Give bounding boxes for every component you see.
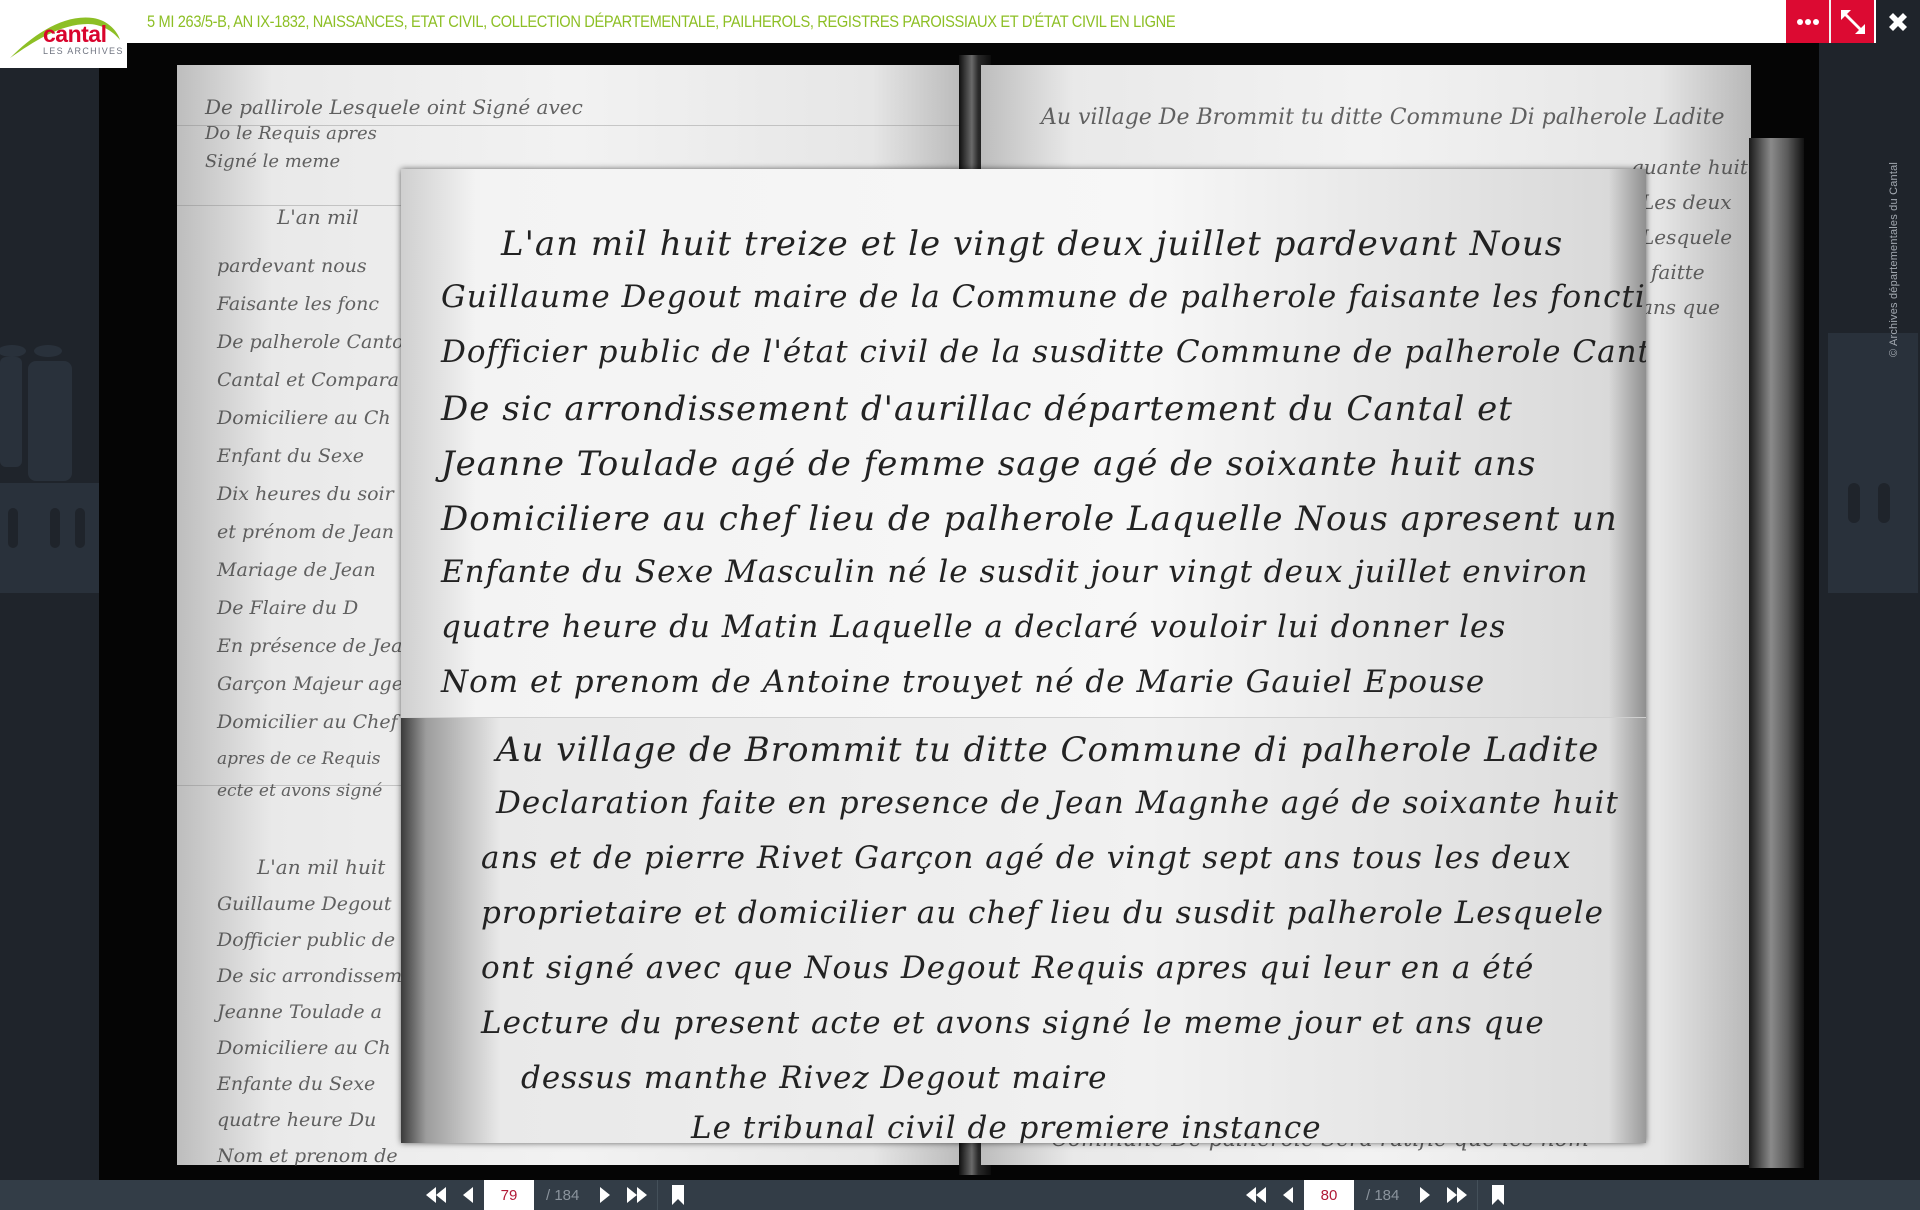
left-page-line: Jeanne Toulade a — [217, 1001, 382, 1023]
magnified-signatures: dessus manthe Rivez Degout maire — [521, 1060, 1107, 1096]
right-page-line: quante huit — [1631, 155, 1748, 179]
left-page-line: Guillaume Degout — [217, 893, 391, 915]
left-page-line: Nom et prenom de — [217, 1145, 398, 1167]
previous-page-button-left[interactable] — [452, 1180, 484, 1210]
page-number-input-right[interactable]: 80 — [1304, 1180, 1354, 1210]
left-page-line: De pallirole Lesquele oint Signé avec — [205, 95, 583, 119]
expand-arrows-icon — [1839, 8, 1867, 36]
document-viewer[interactable]: De pallirole Lesquele oint Signé avec Do… — [0, 43, 1920, 1180]
left-page-line: Domiciliere au Ch — [217, 1037, 391, 1059]
right-page-line: Au village De Brommit tu ditte Commune D… — [1041, 105, 1725, 130]
copyright-notice: © Archives départementales du Cantal — [1888, 162, 1900, 357]
bookmark-button-left[interactable] — [662, 1180, 694, 1210]
magnified-line: Le tribunal civil de premiere instance — [691, 1110, 1322, 1143]
triangle-left-icon — [462, 1186, 474, 1204]
left-page-line: et prénom de Jean — [217, 521, 394, 543]
left-page-line: pardevant nous — [217, 255, 367, 277]
magnified-line: Nom et prenom de Antoine trouyet né de M… — [441, 664, 1485, 700]
magnified-line: Jeanne Toulade agé de femme sage agé de … — [441, 444, 1536, 484]
magnified-line: proprietaire et domicilier au chef lieu … — [481, 895, 1604, 931]
pager-divider — [1477, 1180, 1478, 1210]
double-chevron-left-icon — [425, 1186, 447, 1204]
background-illustration-right — [1818, 333, 1918, 593]
double-chevron-left-icon — [1245, 1186, 1267, 1204]
magnified-line: Dofficier public de l'état civil de la s… — [441, 334, 1646, 370]
left-page-line: Signé le meme — [205, 151, 340, 172]
document-title: 5 MI 263/5-B, AN IX-1832, NAISSANCES, ET… — [147, 12, 1175, 32]
magnified-line: Declaration faite en presence de Jean Ma… — [496, 785, 1619, 821]
right-page-pager: 80 / 184 — [1240, 1180, 1514, 1210]
left-page-line: Mariage de Jean — [217, 559, 376, 581]
page-stack-edge — [1749, 138, 1804, 1168]
close-x-icon — [1886, 10, 1910, 34]
magnified-line: Domiciliere au chef lieu de palherole La… — [441, 499, 1618, 539]
left-page-line: Enfante du Sexe — [217, 1073, 375, 1095]
last-page-button-right[interactable] — [1441, 1180, 1473, 1210]
header-bar: 5 MI 263/5-B, AN IX-1832, NAISSANCES, ET… — [0, 0, 1920, 43]
left-page-line: De palherole Canto — [217, 331, 404, 353]
left-page-line: quatre heure Du — [217, 1109, 376, 1131]
left-page-line: Cantal et Compara — [217, 369, 399, 391]
left-page-line: L'an mil huit — [257, 855, 385, 879]
double-chevron-right-icon — [626, 1186, 648, 1204]
left-page-line: Enfant du Sexe — [217, 445, 364, 467]
magnified-line: L'an mil huit treize et le vingt deux ju… — [501, 224, 1563, 264]
fullscreen-button[interactable] — [1831, 0, 1874, 43]
left-page-line: Garçon Majeur age — [217, 673, 403, 695]
background-illustration — [0, 333, 100, 593]
more-options-button[interactable] — [1786, 0, 1829, 43]
left-page-line: apres de ce Requis — [217, 749, 381, 769]
footer-navigation: 79 / 184 80 / 184 — [0, 1180, 1920, 1210]
logo-subtitle: LES ARCHIVES — [43, 47, 124, 56]
bookmark-icon — [1492, 1185, 1504, 1205]
right-page-line: ans que — [1641, 295, 1720, 319]
triangle-right-icon — [599, 1186, 611, 1204]
left-page-line: Domicilier au Chef — [217, 711, 398, 733]
magnified-region[interactable]: L'an mil huit treize et le vingt deux ju… — [401, 169, 1646, 1143]
bookmark-button-right[interactable] — [1482, 1180, 1514, 1210]
left-page-line: L'an mil — [277, 205, 359, 229]
left-page-pager: 79 / 184 — [420, 1180, 694, 1210]
magnified-bottom-section: Au village de Brommit tu ditte Commune d… — [401, 717, 1646, 1143]
previous-page-button-right[interactable] — [1272, 1180, 1304, 1210]
page-total-right: / 184 — [1354, 1187, 1409, 1204]
next-page-button-left[interactable] — [589, 1180, 621, 1210]
left-page-line: En présence de Jea — [217, 635, 402, 657]
page-number-input-left[interactable]: 79 — [484, 1180, 534, 1210]
magnified-line: De sic arrondissement d'aurillac départe… — [441, 389, 1513, 429]
magnified-line: Lecture du present acte et avons signé l… — [481, 1005, 1545, 1041]
left-page-line: Domiciliere au Ch — [217, 407, 391, 429]
left-page-line: Do le Requis apres — [205, 123, 377, 144]
left-page-line: Dofficier public de — [217, 929, 395, 951]
last-page-button-left[interactable] — [621, 1180, 653, 1210]
triangle-left-icon — [1282, 1186, 1294, 1204]
magnified-line: ans et de pierre Rivet Garçon agé de vin… — [481, 840, 1571, 876]
right-page-line: Les deux — [1641, 190, 1732, 214]
pager-divider — [657, 1180, 658, 1210]
magnified-line: Au village de Brommit tu ditte Commune d… — [496, 730, 1599, 770]
close-viewer-button[interactable] — [1876, 0, 1920, 43]
more-dots-icon — [1796, 18, 1820, 26]
triangle-right-icon — [1419, 1186, 1431, 1204]
magnified-line: ont signé avec que Nous Degout Requis ap… — [481, 950, 1534, 986]
double-chevron-right-icon — [1446, 1186, 1468, 1204]
page-total-left: / 184 — [534, 1187, 589, 1204]
left-page-line: ecte et avons signé — [217, 781, 382, 801]
magnified-line: Guillaume Degout maire de la Commune de … — [441, 279, 1646, 315]
logo-wordmark: cantal — [43, 23, 106, 46]
magnified-top-section: L'an mil huit treize et le vingt deux ju… — [401, 169, 1646, 717]
left-page-line: De Flaire du D — [217, 597, 358, 619]
first-page-button-left[interactable] — [420, 1180, 452, 1210]
left-page-line: Faisante les fonc — [217, 293, 379, 315]
first-page-button-right[interactable] — [1240, 1180, 1272, 1210]
magnified-line: Enfante du Sexe Masculin né le susdit jo… — [441, 554, 1588, 590]
cantal-archives-logo[interactable]: cantal LES ARCHIVES — [0, 0, 127, 68]
next-page-button-right[interactable] — [1409, 1180, 1441, 1210]
right-page-line: faitte — [1651, 260, 1705, 284]
magnified-line: quatre heure du Matin Laquelle a declaré… — [441, 609, 1506, 645]
right-page-line: Lesquele — [1641, 225, 1732, 249]
bookmark-icon — [672, 1185, 684, 1205]
left-page-line: Dix heures du soir — [217, 483, 394, 505]
